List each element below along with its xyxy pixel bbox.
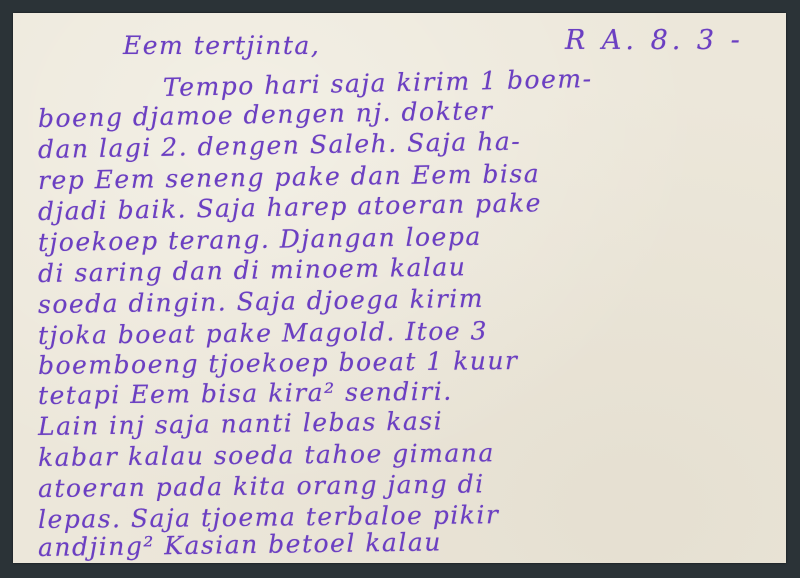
letter-line: Tempo hari saja kirim 1 boem- [163, 66, 593, 100]
letter-line: di saring dan di minoem kalau [38, 254, 467, 286]
letter-line: tetapi Eem bisa kira² sendiri. [38, 379, 453, 408]
letter-line: djadi baik. Saja harep atoeran pake [38, 190, 542, 224]
letter-line: dan lagi 2. dengen Saleh. Saja ha- [38, 129, 522, 162]
letter-line: rep Eem seneng pake dan Eem bisa [38, 161, 540, 193]
postcard: R A. 8. 3 - Eem tertjinta, Tempo hari sa… [13, 13, 786, 563]
letter-line: atoeran pada kita orang jang di [38, 471, 485, 501]
letter-line: tjoekoep terang. Djangan loepa [38, 224, 482, 255]
letter-line: soeda dingin. Saja djoega kirim [38, 286, 484, 317]
letter-line: boeng djamoe dengen nj. dokter [38, 98, 494, 131]
letter-line: Lain inj saja nanti lebas kasi [38, 408, 443, 439]
salutation: Eem tertjinta, [123, 33, 320, 58]
letter-line: tjoka boeat pake Magold. Itoe 3 [38, 318, 488, 348]
letter-line: boemboeng tjoekoep boeat 1 kuur [38, 348, 519, 378]
letter-line: andjing² Kasian betoel kalau [38, 529, 442, 560]
date-annotation: R A. 8. 3 - [565, 27, 744, 54]
letter-line: kabar kalau soeda tahoe gimana [38, 440, 495, 470]
